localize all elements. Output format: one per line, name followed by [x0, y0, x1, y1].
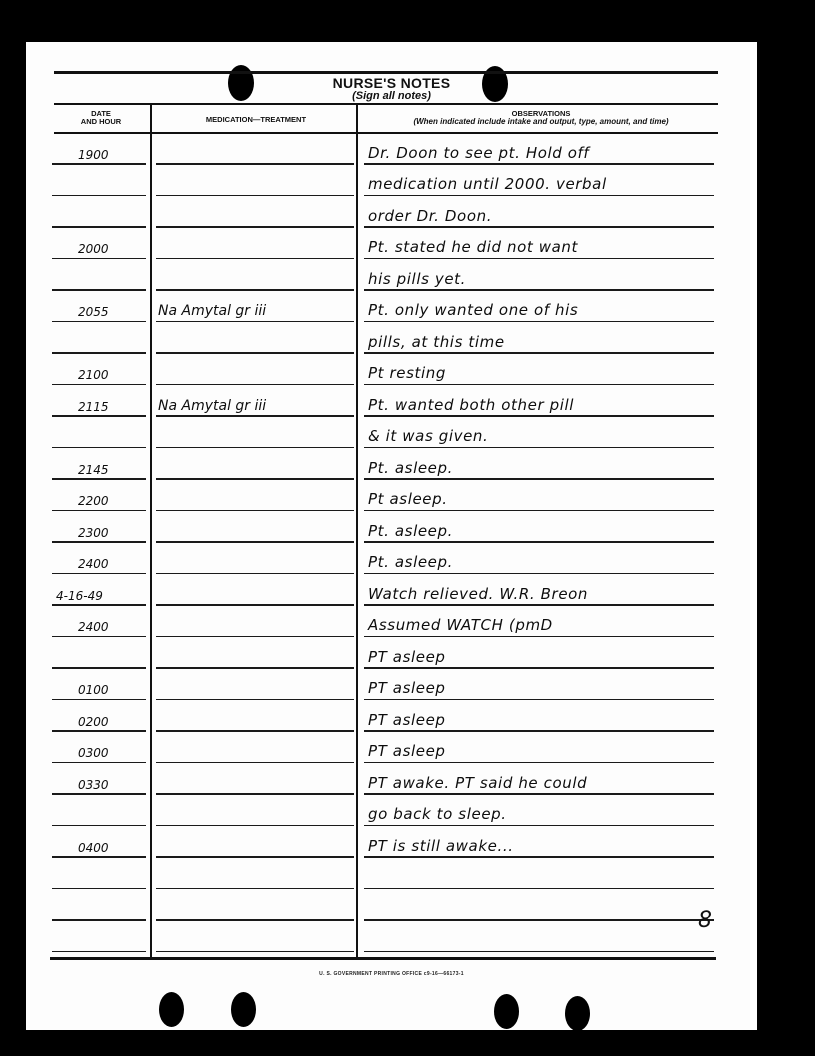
page-number: 8: [698, 908, 712, 933]
observation-cell: Pt. stated he did not want: [368, 238, 578, 256]
table-row: 4-16-49Watch relieved. W.R. Breon: [26, 574, 757, 606]
observation-cell: Pt. wanted both other pill: [368, 396, 574, 414]
table-row: 2200Pt asleep.: [26, 480, 757, 512]
date-hour-cell: 2200: [78, 494, 109, 508]
observation-cell: Pt. only wanted one of his: [368, 301, 578, 319]
title-text: NURSE'S NOTES: [26, 75, 757, 91]
medication-cell: Na Amytal gr iii: [158, 303, 266, 319]
observation-cell: Watch relieved. W.R. Breon: [368, 585, 588, 603]
date-hour-cell: 2400: [78, 557, 109, 571]
observation-cell: Pt. asleep.: [368, 522, 453, 540]
table-row: 2400Pt. asleep.: [26, 543, 757, 575]
observation-cell: Pt. asleep.: [368, 459, 453, 477]
observations-column-header: OBSERVATIONS (When indicated include int…: [366, 110, 716, 126]
binder-hole-bottom-4: [565, 996, 590, 1031]
table-row: go back to sleep.: [26, 795, 757, 827]
date-cell-line: [52, 951, 146, 953]
binder-hole-bottom-2: [231, 992, 256, 1027]
observation-cell: PT is still awake...: [368, 837, 514, 855]
medication-cell-line: [156, 951, 354, 953]
medication-cell: Na Amytal gr iii: [158, 398, 266, 414]
nurses-notes-page: NURSE'S NOTES (Sign all notes) DATE AND …: [26, 42, 757, 1030]
table-row: his pills yet.: [26, 259, 757, 291]
observations-note-text: (When indicated include intake and outpu…: [366, 118, 716, 126]
table-row: pills, at this time: [26, 322, 757, 354]
table-row: 0100PT asleep: [26, 669, 757, 701]
date-hour-cell: 0300: [78, 746, 109, 760]
observation-cell: order Dr. Doon.: [368, 207, 492, 225]
date-hour-cell: 2300: [78, 526, 109, 540]
observation-cell: PT asleep: [368, 742, 446, 760]
table-row: 1900Dr. Doon to see pt. Hold off: [26, 133, 757, 165]
observation-cell: & it was given.: [368, 427, 488, 445]
table-row: 2055Na Amytal gr iiiPt. only wanted one …: [26, 291, 757, 323]
medication-header-text: MEDICATION—TREATMENT: [206, 115, 306, 124]
table-row: 2000Pt. stated he did not want: [26, 228, 757, 260]
table-row: order Dr. Doon.: [26, 196, 757, 228]
form-title: NURSE'S NOTES (Sign all notes): [26, 75, 757, 102]
table-row: 0400PT is still awake...: [26, 826, 757, 858]
observation-cell: PT asleep: [368, 648, 446, 666]
observation-cell: Assumed WATCH (pmD: [368, 616, 553, 634]
table-row: PT asleep: [26, 637, 757, 669]
observation-cell: Pt asleep.: [368, 490, 448, 508]
date-hour-cell: 2000: [78, 242, 109, 256]
date-hour-cell: 0330: [78, 778, 109, 792]
binder-hole-bottom-3: [494, 994, 519, 1029]
date-hour-cell: 2145: [78, 463, 109, 477]
date-hour-cell: 0400: [78, 841, 109, 855]
medication-column-header: MEDICATION—TREATMENT: [156, 116, 356, 124]
binder-hole-bottom-1: [159, 992, 184, 1027]
table-row: [26, 889, 757, 921]
table-row: medication until 2000. verbal: [26, 165, 757, 197]
date-hour-cell: 2100: [78, 368, 109, 382]
table-row: [26, 858, 757, 890]
observation-cell: medication until 2000. verbal: [368, 175, 607, 193]
table-row: 0330PT awake. PT said he could: [26, 763, 757, 795]
observation-cell: PT asleep: [368, 679, 446, 697]
table-row: 2145Pt. asleep.: [26, 448, 757, 480]
table-row: & it was given.: [26, 417, 757, 449]
observation-cell: PT asleep: [368, 711, 446, 729]
date-hour-cell: 1900: [78, 148, 109, 162]
date-hour-cell: 0200: [78, 715, 109, 729]
bottom-rule: [50, 957, 716, 960]
table-row: 0200PT asleep: [26, 700, 757, 732]
table-row: 0300PT asleep: [26, 732, 757, 764]
table-row: 2100Pt resting: [26, 354, 757, 386]
observation-cell-line: [364, 951, 714, 953]
date-header-line2: AND HOUR: [56, 118, 146, 126]
subtitle-text: (Sign all notes): [26, 90, 757, 102]
observation-cell: pills, at this time: [368, 333, 505, 351]
observation-cell: his pills yet.: [368, 270, 466, 288]
top-rule: [54, 71, 718, 74]
date-hour-cell: 2400: [78, 620, 109, 634]
date-hour-cell: 2055: [78, 305, 109, 319]
table-row: 2300Pt. asleep.: [26, 511, 757, 543]
printing-office-footer: U. S. GOVERNMENT PRINTING OFFICE c9-16—6…: [26, 971, 757, 977]
table-row: 2115Na Amytal gr iiiPt. wanted both othe…: [26, 385, 757, 417]
observation-cell: Pt resting: [368, 364, 446, 382]
observation-cell: go back to sleep.: [368, 805, 507, 823]
date-column-header: DATE AND HOUR: [56, 110, 146, 126]
date-hour-cell: 2115: [78, 400, 109, 414]
date-hour-cell: 4-16-49: [56, 589, 103, 603]
table-row: [26, 921, 757, 953]
notes-table: 1900Dr. Doon to see pt. Hold offmedicati…: [26, 133, 757, 959]
table-row: 2400Assumed WATCH (pmD: [26, 606, 757, 638]
header-rule: [54, 103, 718, 105]
observation-cell: PT awake. PT said he could: [368, 774, 587, 792]
observation-cell: Dr. Doon to see pt. Hold off: [368, 144, 589, 162]
date-hour-cell: 0100: [78, 683, 109, 697]
observation-cell: Pt. asleep.: [368, 553, 453, 571]
